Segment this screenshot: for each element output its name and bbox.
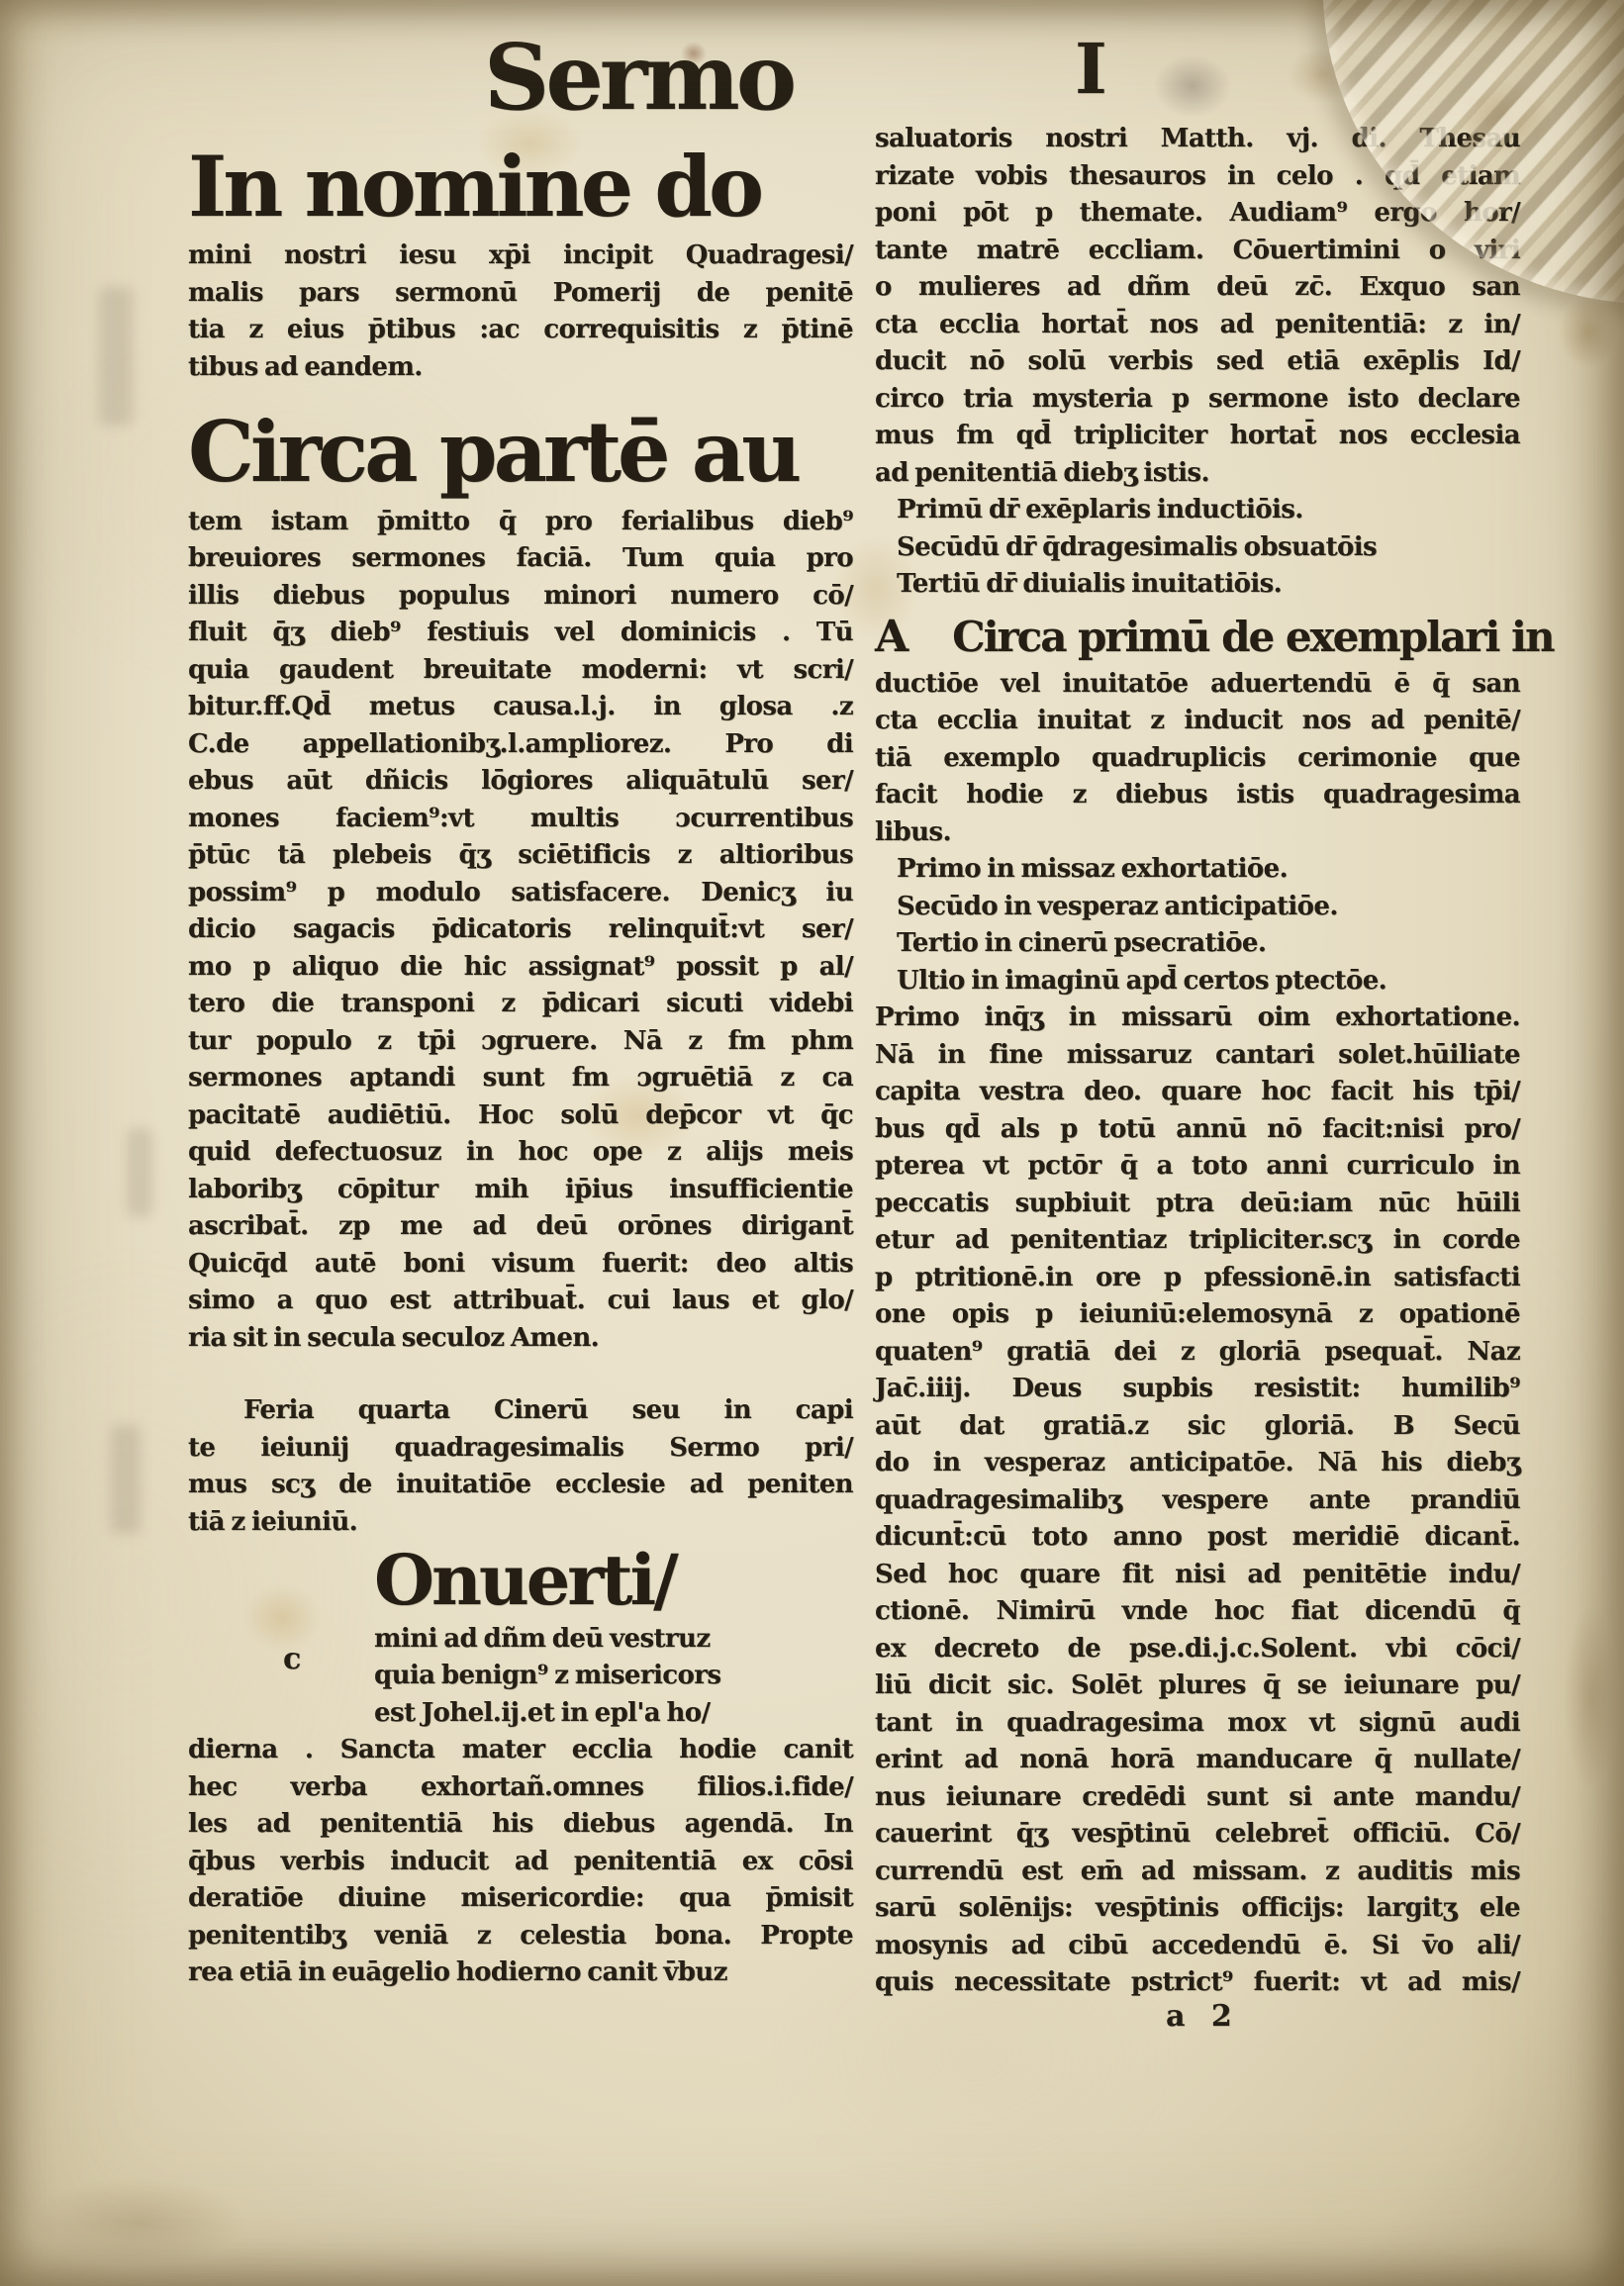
text-line: mus fm qd̄ tripliciter hortat̄ nos eccle… (875, 418, 1520, 455)
circa-primum-heading-text: Circa primū de exemplari in (952, 613, 1553, 661)
stain (1153, 54, 1232, 118)
text-line: illis diebus populus minori numero cō/ (188, 578, 853, 616)
guide-letter: c (283, 1642, 301, 1676)
text-line: quia benign⁹ z misericors (374, 1658, 853, 1695)
text-line: Nā in fine missaruz cantari solet.hūilia… (875, 1037, 1520, 1075)
text-line: ex decreto de pse.di.j.c.Solent. vbi cōc… (875, 1631, 1520, 1668)
text-line: nus ieiunare credēdi sunt si ante mandu/ (875, 1779, 1520, 1817)
text-line: q̄bus verbis inducit ad penitentiā ex cō… (188, 1844, 853, 1881)
circa-partem-paragraph: tem istam p̄mitto q̄ pro ferialibus dieb… (188, 504, 853, 1358)
text-line: Quicq̄d autē boni visum fuerit: deo alti… (188, 1246, 853, 1284)
text-line: hec verba exhortañ.omnes filios.i.fide/ (188, 1769, 853, 1807)
text-line: tiā exemplo quadruplicis cerimonie que (875, 740, 1520, 778)
text-line: bitur.ff.Qd̄ metus causa.l.j. in glosa .… (188, 689, 853, 726)
text-line: ad penitentiā diebʒ istis. (875, 455, 1520, 493)
text-line: pacitatē audiētiū. Hoc solū dep̄cor vt q… (188, 1097, 853, 1135)
text-line: malis pars sermonū Pomerij de penitē (188, 275, 853, 313)
text-line: dierna . Sancta mater ecclia hodie canit (188, 1732, 853, 1769)
text-line: one opis p ieiuniū:elemosynā z opationē (875, 1296, 1520, 1334)
text-line: p ptritionē.in ore p pfessionē.in satisf… (875, 1260, 1520, 1297)
text-line: penitentibʒ veniā z celestia bona. Propt… (188, 1918, 853, 1955)
text-line: simo a quo est attribuat̄. cui laus et g… (188, 1283, 853, 1320)
stain (1559, 297, 1618, 368)
text-line: tante matrē eccliam. Cōuertimini o viri (875, 233, 1520, 270)
text-line: dicio sagacis p̄dicatoris relinquit̄:vt … (188, 911, 853, 949)
text-line: Jac̄.iiij. Deus supbis resistit: humilib… (875, 1371, 1520, 1408)
text-line: tem istam p̄mitto q̄ pro ferialibus dieb… (188, 504, 853, 541)
text-line: quid defectuosuz in hoc ope z alijs meis (188, 1134, 853, 1172)
text-line: mini ad dñm deū vestruz (374, 1621, 853, 1659)
quadruplex-list: Primo in missaz exhortatiōe.Secūdo in ve… (875, 851, 1520, 1000)
text-line: p̄tūc tā plebeis q̄ʒ sciētificis z altio… (188, 837, 853, 875)
signature-mark: a 2 (1166, 1999, 1232, 2034)
text-line: mini nostri iesu xp̄i incipit Quadragesi… (188, 238, 853, 275)
text-line: cta ecclia hortat̄ nos ad penitentiā: z … (875, 307, 1520, 344)
text-line: capita vestra deo. quare hoc facit his t… (875, 1074, 1520, 1111)
paragraph-letter: A (875, 612, 908, 662)
primo-secundo-paragraph: Primo inq̄ʒ in missarū oim exhortatione.… (875, 1000, 1520, 2002)
text-line: erint ad nonā horā manducare q̄ nullate/ (875, 1742, 1520, 1779)
folio-number: I (1075, 28, 1107, 110)
list-line: Ultio in imaginū apd̄ certos ptectōe. (875, 963, 1520, 1000)
stain (30, 2177, 247, 2266)
text-line: Sed hoc quare fit nisi ad penitētie indu… (875, 1557, 1520, 1594)
text-line: rea etiā in euāgelio hodierno canit v̄bu… (188, 1954, 853, 1992)
text-line: libus. (875, 814, 1520, 852)
text-line: tia z eius p̄tibus :ac correquisitis z p… (188, 312, 853, 349)
text-line: mus scʒ de inuitatiōe ecclesie ad penite… (188, 1467, 853, 1504)
text-line: mosynis ad cibū accedendū ē. Si v̄o ali/ (875, 1928, 1520, 1965)
list-line: Secūdū dr̄ q̄dragesimalis obsuatōis (875, 529, 1520, 567)
text-line: quadragesimalibʒ vespere ante prandiū (875, 1482, 1520, 1520)
incipit-heading-text: In nomine do (188, 146, 853, 228)
text-line: ascribat̄. zp me ad deū orōnes dirigant̄ (188, 1208, 853, 1246)
text-line: Feria quarta Cinerū seu in capi (188, 1392, 853, 1430)
text-line: sermones aptandi sunt fm ɔgruētiā z ca (188, 1060, 853, 1097)
text-line: peccatis supbiuit ptra deū:iam nūc hūili (875, 1186, 1520, 1223)
text-line: ria sit in secula seculoz Amen. (188, 1320, 853, 1358)
text-line: ctionē. Nimirū vnde hoc fiat dicendū q̄ (875, 1593, 1520, 1631)
text-line: deratiōe diuine misericordie: qua p̄misi… (188, 1880, 853, 1918)
text-line: circo tria mysteria p sermone isto decla… (875, 381, 1520, 419)
list-line: Tertio in cinerū psecratiōe. (875, 925, 1520, 963)
text-line: facit hodie z diebus istis quadragesima (875, 777, 1520, 814)
feria-quarta-rubric: Feria quarta Cinerū seu in capite ieiuni… (188, 1392, 853, 1541)
text-line: te ieiunij quadragesimalis Sermo pri/ (188, 1430, 853, 1468)
text-line: mo p aliquo die hic assignat⁹ possit p a… (188, 949, 853, 987)
text-line: tiā z ieiuniū. (188, 1504, 853, 1542)
text-line: pterea vt pctōr q̄ a toto anni curriculo… (875, 1148, 1520, 1186)
incipit-heading: In nomine do (188, 146, 853, 228)
text-line: sarū solēnijs: vesp̄tinis officijs: larg… (875, 1890, 1520, 1928)
left-text-column: In nomine domini nostri iesu xp̄i incipi… (188, 146, 853, 1992)
text-line: fluit q̄ʒ dieb⁹ festiuis vel dominicis .… (188, 615, 853, 652)
list-line: Secūdo in vesperaz anticipatiōe. (875, 889, 1520, 926)
text-line: liū dicit sic. Solēt plures q̄ se ieiuna… (875, 1667, 1520, 1705)
text-line: quia gaudent breuitate moderni: vt scri/ (188, 652, 853, 690)
text-line: tur populo z tp̄i ɔgruere. Nā z fm phm (188, 1023, 853, 1061)
text-line: C.de appellationibʒ.l.ampliorez. Pro di (188, 726, 853, 764)
text-line: tero die transponi z p̄dicari sicuti vid… (188, 986, 853, 1023)
book-page: Sermo I In nomine domini nostri iesu xp̄… (0, 0, 1624, 2286)
text-line: bus qd̄ als p totū annū nō facit:nisi pr… (875, 1111, 1520, 1149)
text-line: cta ecclia inuitat z inducit nos ad peni… (875, 703, 1520, 740)
text-line: les ad penitentiā his diebus agendā. In (188, 1806, 853, 1844)
list-line: Primo in missaz exhortatiōe. (875, 851, 1520, 889)
circa-primum-heading: ACirca primū de exemplari in (875, 612, 1520, 662)
bleedthrough-smudge (99, 287, 133, 426)
text-line: dicunt̄:cū toto anno post meridiē dicant… (875, 1519, 1520, 1557)
bleedthrough-smudge (127, 1128, 152, 1217)
text-line: aūt dat gratiā.z sic gloriā. B Secū (875, 1408, 1520, 1446)
text-line: tibus ad eandem. (188, 349, 853, 387)
running-title: Sermo (426, 24, 851, 131)
text-line: quaten⁹ gratiā dei z gloriā psequat̄. Na… (875, 1334, 1520, 1372)
text-line: ductiōe vel inuitatōe aduertendū ē q̄ sa… (875, 666, 1520, 704)
conuertimini-paragraph: cOnuerti/mini ad dñm deū vestruzquia ben… (188, 1547, 853, 1992)
text-line: o mulieres ad dñm deū zc̄. Exquo san (875, 269, 1520, 307)
text-line: cauerint q̄ʒ vesp̄tinū celebret̄ officiū… (875, 1816, 1520, 1854)
text-line: etur ad penitentiaz tripliciter.scʒ in c… (875, 1222, 1520, 1260)
text-line: quis necessitate pstrict⁹ fuerit: vt ad … (875, 1964, 1520, 2002)
text-line: est Johel.ij.et in epl'a ho/ (374, 1695, 853, 1733)
list-line: Primū dr̄ exēplaris inductiōis. (875, 492, 1520, 529)
incipit-paragraph: mini nostri iesu xp̄i incipit Quadragesi… (188, 238, 853, 386)
text-line: tant in quadragesima mox vt signū audi (875, 1705, 1520, 1743)
circa-partem-heading-text: Circa partē au (188, 412, 853, 493)
text-line: ebus aūt dñicis lōgiores aliquātulū ser/ (188, 763, 853, 801)
text-line: possim⁹ p modulo satisfacere. Denicʒ iu (188, 875, 853, 912)
tria-mysteria-list: Primū dr̄ exēplaris inductiōis.Secūdū dr… (875, 492, 1520, 604)
text-line: ducit nō solū verbis sed etiā exēplis Id… (875, 343, 1520, 381)
circa-primum-paragraph: ductiōe vel inuitatōe aduertendū ē q̄ sa… (875, 666, 1520, 852)
text-line: laboribʒ cōpitur mih ip̄ius insufficient… (188, 1172, 853, 1209)
text-line: Primo inq̄ʒ in missarū oim exhortatione. (875, 1000, 1520, 1037)
text-line: do in vesperaz anticipatōe. Nā his diebʒ (875, 1445, 1520, 1482)
bleedthrough-smudge (111, 1425, 141, 1534)
text-line: breuiores sermones faciā. Tum quia pro (188, 540, 853, 578)
conuertimini-paragraph-heading: Onuerti/ (188, 1547, 853, 1615)
text-line: currendū est em̄ ad missam. z auditis mi… (875, 1854, 1520, 1891)
text-line: mones faciem⁹:vt multis ɔcurrentibus (188, 801, 853, 838)
stain (1564, 1603, 1618, 1791)
list-line: Tertiū dr̄ diuialis inuitatiōis. (875, 566, 1520, 604)
circa-partem-heading: Circa partē au (188, 412, 853, 493)
right-text-column: saluatoris nostri Matth. vj. di. Thesaur… (875, 121, 1520, 2002)
